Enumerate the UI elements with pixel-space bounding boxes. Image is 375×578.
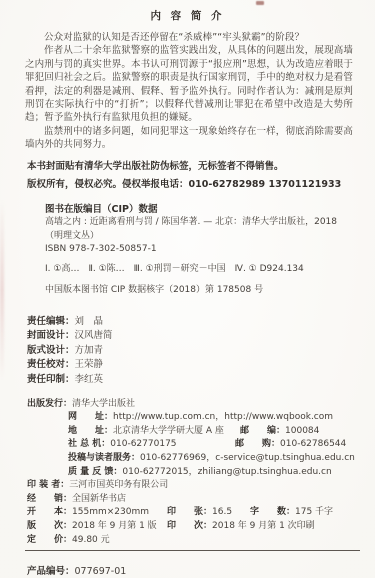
website-label: 网 址： — [68, 412, 113, 422]
cip-series-line: （明理文丛） — [45, 230, 355, 244]
summary-paragraph-3: 监禁刑中的诸多问题，如同犯罪这一现象始终存在一样，彻底消除需要高墙内外的共同努力… — [25, 125, 353, 152]
anti-piracy-notice: 本书封面贴有清华大学出版社防伪标签，无标签者不得销售。 版权所有，侵权必究。侵权… — [27, 161, 353, 191]
format-value: 155mm×230mm — [72, 507, 149, 517]
credit-label: 责任编辑： — [27, 316, 75, 327]
credit-label: 版式设计： — [27, 345, 75, 356]
colophon: 出版发行：清华大学出版社 网 址：http://www.tup.com.cn，h… — [27, 398, 360, 548]
cip-block: 图书在版编目（CIP）数据 高墙之内 : 近距离看刑与罚 / 陈国华著. — 北… — [45, 203, 355, 298]
word-count-label: 字 数： — [250, 507, 295, 517]
cip-record-number: 中国版本图书馆 CIP 数据核字（2018）第 178508 号 — [45, 284, 355, 298]
printer-value: 三河市国英印务有限公司 — [69, 480, 168, 490]
cip-title-line: 高墙之内 : 近距离看刑与罚 / 陈国华著. — 北京：清华大学出版社，2018 — [45, 216, 355, 230]
reader-service-row: 投稿与读者服务：010-62776969，c-service@tup.tsing… — [27, 452, 360, 466]
mail-order-label: 邮 购： — [235, 439, 280, 449]
credit-row-editor: 责任编辑：刘 晶 — [27, 315, 355, 330]
price-value: 49.80 元 — [72, 535, 110, 545]
publisher-row: 出版发行：清华大学出版社 — [27, 398, 360, 412]
mail-order-value: 010-62786544 — [280, 439, 346, 449]
copyright-page: 内 容 简 介 公众对监狱的认知是否还停留在“杀威棒”“牢头狱霸”的阶段？ 作者… — [0, 0, 375, 578]
cip-isbn: ISBN 978-7-302-50857-1 — [45, 243, 355, 257]
distributor-label: 经 销： — [27, 494, 72, 504]
publisher-label: 出版发行： — [27, 399, 72, 409]
credit-row-cover-design: 封面设计：汉风唐简 — [27, 329, 355, 344]
switchboard-label: 社 总 机： — [68, 439, 110, 449]
credit-value: 王荣静 — [75, 359, 104, 370]
product-number-label: 产品编号： — [27, 566, 75, 577]
staff-credits: 责任编辑：刘 晶 封面设计：汉风唐简 版式设计：方加青 责任校对：王荣静 责任印… — [27, 315, 355, 388]
credit-label: 责任校对： — [27, 359, 75, 370]
postcode-value: 100084 — [285, 426, 319, 436]
quality-feedback-label: 质 量 反 馈： — [68, 467, 122, 477]
website-row: 网 址：http://www.tup.com.cn，http://www.wqb… — [27, 411, 360, 425]
credit-value: 刘 晶 — [75, 316, 104, 327]
impression-label: 印 次： — [167, 521, 212, 531]
summary-paragraph-1: 公众对监狱的认知是否还停留在“杀威棒”“牢头狱霸”的阶段？ — [25, 31, 353, 44]
price-row: 定 价：49.80 元 — [27, 534, 360, 548]
credit-value: 李红英 — [75, 374, 104, 385]
credit-value: 方加青 — [75, 345, 104, 356]
distributor-row: 经 销：全国新华书店 — [27, 493, 360, 507]
edition-row: 版 次：2018 年 9 月第 1 版印 次：2018 年 9 月第 1 次印刷 — [27, 520, 360, 534]
address-value: 北京清华大学学研大厦 A 座 — [113, 426, 224, 436]
format-row: 开 本：155mm×230mm印 张：16.5字 数：175 千字 — [27, 506, 360, 520]
credit-value: 汉风唐简 — [75, 330, 113, 341]
summary-section: 公众对监狱的认知是否还停留在“杀威棒”“牢头狱霸”的阶段？ 作者从二十余年监狱警… — [25, 31, 353, 152]
scan-artifact — [256, 1, 264, 5]
anti-piracy-line: 本书封面贴有清华大学出版社防伪标签，无标签者不得销售。 — [27, 161, 353, 173]
summary-title: 内 容 简 介 — [0, 8, 375, 23]
word-count-value: 175 千字 — [295, 507, 333, 517]
product-number-row: 产品编号：077697-01 — [27, 563, 375, 577]
price-label: 定 价： — [27, 535, 72, 545]
printer-label: 印 装 者： — [27, 480, 69, 490]
quality-feedback-row: 质 量 反 馈：010-62772015，zhiliang@tup.tsingh… — [27, 466, 360, 480]
credit-row-proofreader: 责任校对：王荣静 — [27, 358, 355, 373]
quality-feedback-value: 010-62772015，zhiliang@tup.tsinghua.edu.c… — [122, 467, 331, 477]
reader-service-label: 投稿与读者服务： — [68, 453, 140, 463]
edition-label: 版 次： — [27, 521, 72, 531]
product-number-value: 077697-01 — [75, 566, 127, 577]
publisher-value: 清华大学出版社 — [72, 399, 135, 409]
credit-label: 责任印制： — [27, 374, 75, 385]
cip-classification: Ⅰ. ①高… Ⅱ. ①陈… Ⅲ. ①刑罚－研究－中国 Ⅳ. ① D924.134 — [45, 263, 355, 277]
cip-heading: 图书在版编目（CIP）数据 — [45, 203, 355, 217]
distributor-value: 全国新华书店 — [72, 494, 126, 504]
divider-rule — [25, 550, 360, 551]
reader-service-value: 010-62776969，c-service@tup.tsinghua.edu.… — [140, 453, 355, 463]
switchboard-value: 010-62770175 — [110, 439, 176, 449]
credit-label: 封面设计： — [27, 330, 75, 341]
copyright-report-line: 版权所有，侵权必究。侵权举报电话：010-62782989 1370112193… — [27, 179, 353, 191]
address-label: 地 址： — [68, 426, 113, 436]
postcode-label: 邮 编： — [240, 426, 285, 436]
scan-artifact — [0, 200, 4, 380]
website-value: http://www.tup.com.cn，http://www.wqbook.… — [113, 412, 333, 422]
switchboard-row: 社 总 机：010-62770175邮 购：010-62786544 — [27, 438, 360, 452]
impression-value: 2018 年 9 月第 1 次印刷 — [212, 521, 315, 531]
format-label: 开 本： — [27, 507, 72, 517]
sheets-value: 16.5 — [212, 507, 232, 517]
credit-row-layout-design: 版式设计：方加青 — [27, 344, 355, 359]
edition-value: 2018 年 9 月第 1 版 — [72, 521, 157, 531]
credit-row-print-supervisor: 责任印制：李红英 — [27, 373, 355, 388]
summary-paragraph-2: 作者从二十余年监狱警察的监管实践出发，从具体的问题出发，展现高墙之内刑与罚的真实… — [25, 44, 353, 124]
sheets-label: 印 张： — [167, 507, 212, 517]
address-row: 地 址：北京清华大学学研大厦 A 座邮 编：100084 — [27, 425, 360, 439]
printer-row: 印 装 者：三河市国英印务有限公司 — [27, 479, 360, 493]
